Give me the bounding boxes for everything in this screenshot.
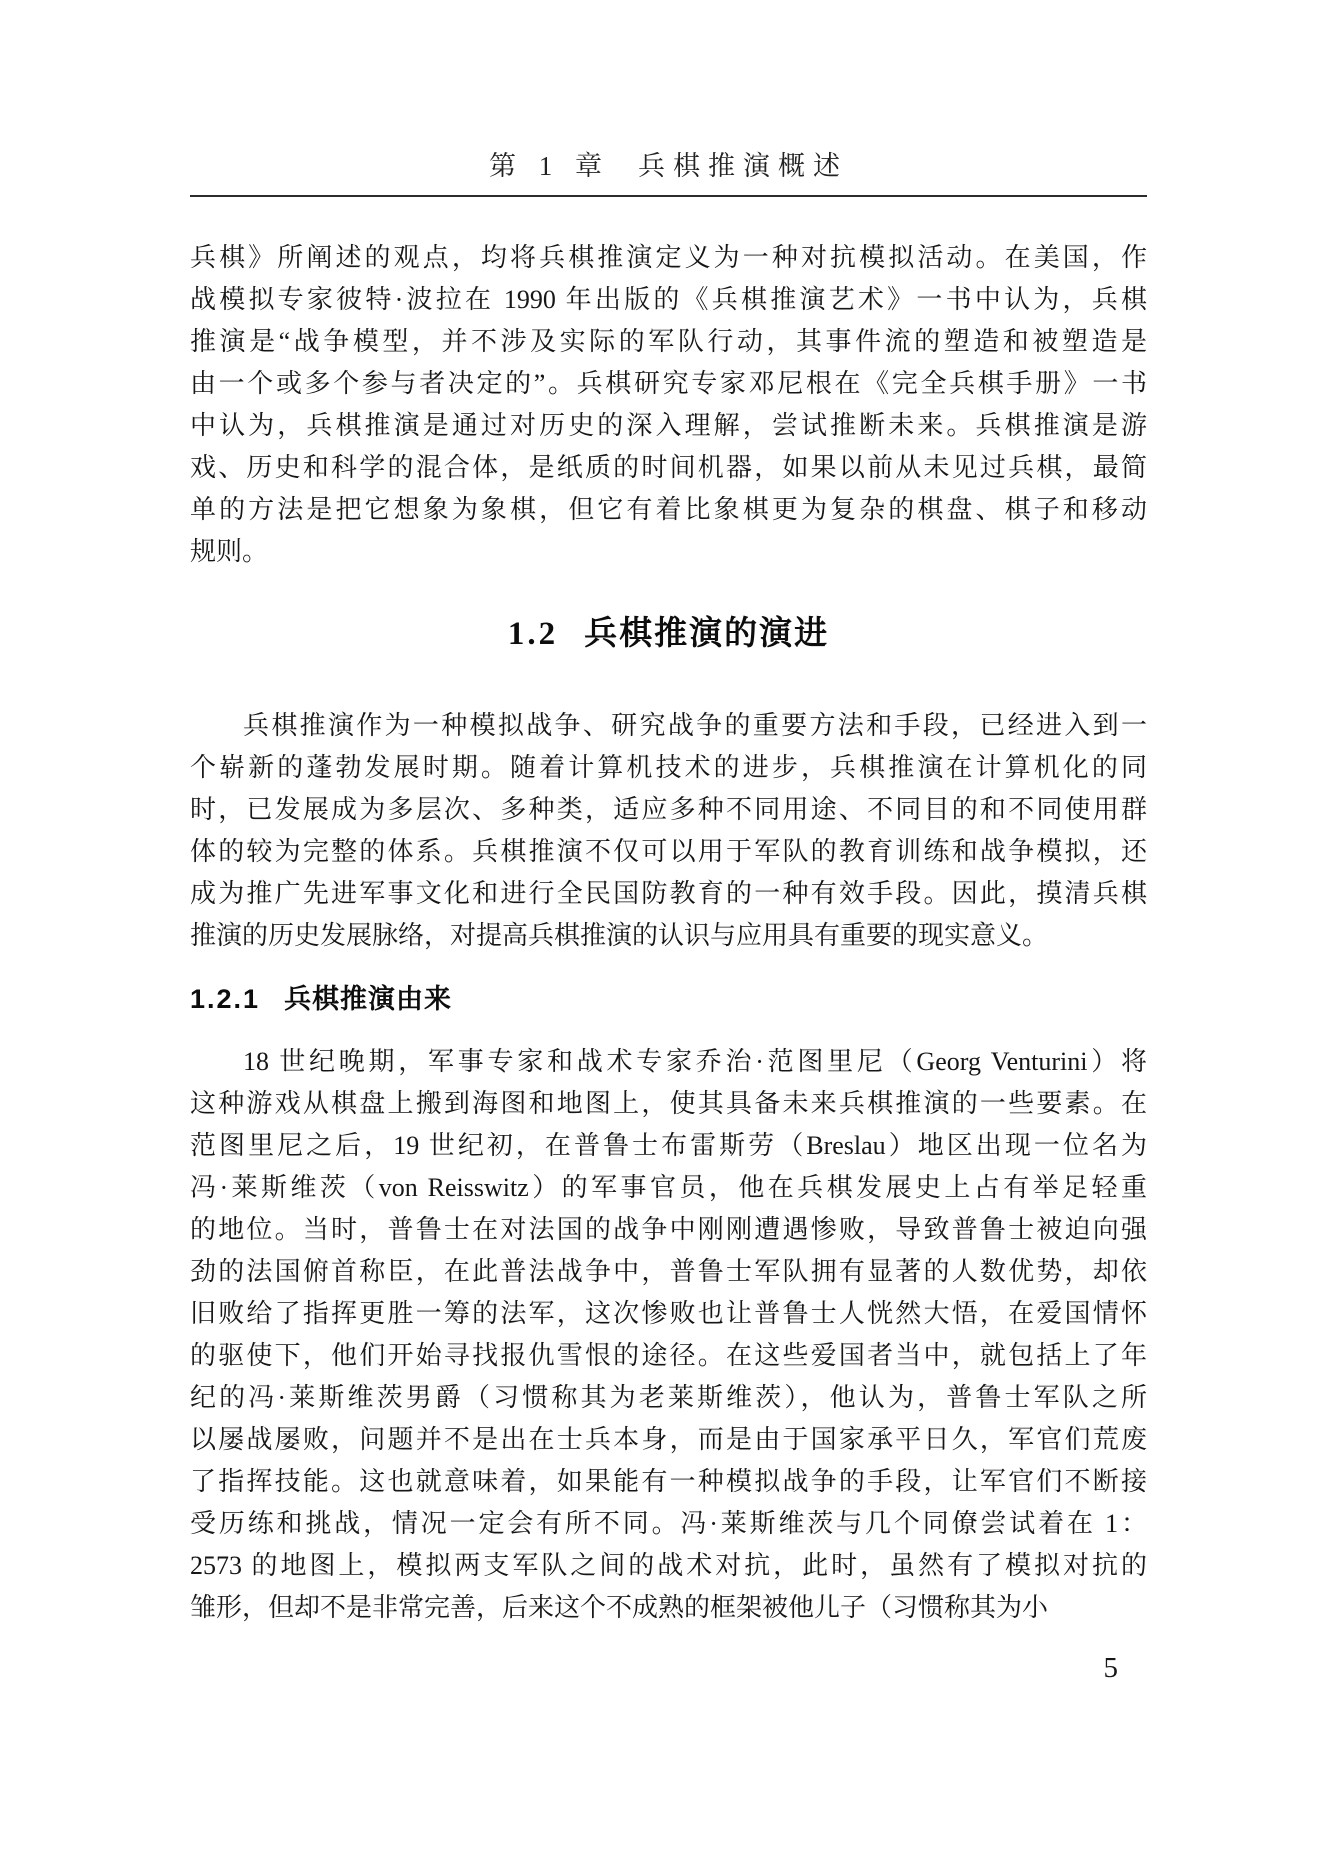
chapter-title: 兵棋推演概述 <box>638 151 848 181</box>
text-line: 戏、历史和科学的混合体，是纸质的时间机器，如果以前从未见过兵棋，最简 <box>190 447 1147 489</box>
text-line: 兵棋》所阐述的观点，均将兵棋推演定义为一种对抗模拟活动。在美国，作 <box>190 237 1147 279</box>
header-rule <box>190 195 1147 197</box>
subsection-heading-1-2-1: 1.2.1兵棋推演由来 <box>190 983 1147 1015</box>
text-column: 第 1 章兵棋推演概述 兵棋》所阐述的观点，均将兵棋推演定义为一种对抗模拟活动。… <box>190 0 1147 1629</box>
text-line: 劲的法国俯首称臣，在此普法战争中，普鲁士军队拥有显著的人数优势，却依 <box>190 1251 1147 1293</box>
heading-title: 兵棋推演的演进 <box>584 616 829 652</box>
content-blocks: 兵棋》所阐述的观点，均将兵棋推演定义为一种对抗模拟活动。在美国，作战模拟专家彼特… <box>190 237 1147 1629</box>
text-line: 的地位。当时，普鲁士在对法国的战争中刚刚遭遇惨败，导致普鲁士被迫向强 <box>190 1209 1147 1251</box>
text-line: 个崭新的蓬勃发展时期。随着计算机技术的进步，兵棋推演在计算机化的同 <box>190 747 1147 789</box>
text-line: 体的较为完整的体系。兵棋推演不仅可以用于军队的教育训练和战争模拟，还 <box>190 831 1147 873</box>
text-line: 了指挥技能。这也就意味着，如果能有一种模拟战争的手段，让军官们不断接 <box>190 1461 1147 1503</box>
paragraph-evolution-overview: 兵棋推演作为一种模拟战争、研究战争的重要方法和手段，已经进入到一个崭新的蓬勃发展… <box>190 705 1147 957</box>
text-line: 成为推广先进军事文化和进行全民国防教育的一种有效手段。因此，摸清兵棋 <box>190 873 1147 915</box>
heading-number: 1.2.1 <box>190 984 260 1014</box>
text-line: 规则。 <box>190 531 1147 573</box>
text-line: 单的方法是把它想象为象棋，但它有着比象棋更为复杂的棋盘、棋子和移动 <box>190 489 1147 531</box>
heading-number: 1.2 <box>508 616 558 652</box>
text-line: 范图里尼之后，19 世纪初，在普鲁士布雷斯劳（Breslau）地区出现一位名为 <box>190 1125 1147 1167</box>
text-line: 兵棋推演作为一种模拟战争、研究战争的重要方法和手段，已经进入到一 <box>190 705 1147 747</box>
text-line: 这种游戏从棋盘上搬到海图和地图上，使其具备未来兵棋推演的一些要素。在 <box>190 1083 1147 1125</box>
paragraph-definition-continuation: 兵棋》所阐述的观点，均将兵棋推演定义为一种对抗模拟活动。在美国，作战模拟专家彼特… <box>190 237 1147 573</box>
text-line: 2573 的地图上，模拟两支军队之间的战术对抗，此时，虽然有了模拟对抗的 <box>190 1545 1147 1587</box>
text-line: 纪的冯·莱斯维茨男爵（习惯称其为老莱斯维茨），他认为，普鲁士军队之所 <box>190 1377 1147 1419</box>
text-line: 以屡战屡败，问题并不是出在士兵本身，而是由于国家承平日久，军官们荒废 <box>190 1419 1147 1461</box>
paragraph-wargame-origin: 18 世纪晚期，军事专家和战术专家乔治·范图里尼（Georg Venturini… <box>190 1041 1147 1629</box>
text-line: 时，已发展成为多层次、多种类，适应多种不同用途、不同目的和不同使用群 <box>190 789 1147 831</box>
page-number: 5 <box>1104 1652 1119 1684</box>
chapter-number: 第 1 章 <box>489 151 610 181</box>
text-line: 旧败给了指挥更胜一筹的法军，这次惨败也让普鲁士人恍然大悟，在爱国情怀 <box>190 1293 1147 1335</box>
text-line: 战模拟专家彼特·波拉在 1990 年出版的《兵棋推演艺术》一书中认为，兵棋 <box>190 279 1147 321</box>
text-line: 冯·莱斯维茨（von Reisswitz）的军事官员，他在兵棋发展史上占有举足轻… <box>190 1167 1147 1209</box>
text-line: 中认为，兵棋推演是通过对历史的深入理解，尝试推断未来。兵棋推演是游 <box>190 405 1147 447</box>
running-head: 第 1 章兵棋推演概述 <box>190 151 1147 181</box>
book-page: 第 1 章兵棋推演概述 兵棋》所阐述的观点，均将兵棋推演定义为一种对抗模拟活动。… <box>0 0 1331 1859</box>
text-line: 雏形，但却不是非常完善，后来这个不成熟的框架被他儿子（习惯称其为小 <box>190 1587 1147 1629</box>
section-heading-1-2: 1.2兵棋推演的演进 <box>190 615 1147 653</box>
text-line: 推演的历史发展脉络，对提高兵棋推演的认识与应用具有重要的现实意义。 <box>190 915 1147 957</box>
text-line: 推演是“战争模型，并不涉及实际的军队行动，其事件流的塑造和被塑造是 <box>190 321 1147 363</box>
heading-title: 兵棋推演由来 <box>284 984 452 1014</box>
text-line: 由一个或多个参与者决定的”。兵棋研究专家邓尼根在《完全兵棋手册》一书 <box>190 363 1147 405</box>
text-line: 受历练和挑战，情况一定会有所不同。冯·莱斯维茨与几个同僚尝试着在 1： <box>190 1503 1147 1545</box>
text-line: 的驱使下，他们开始寻找报仇雪恨的途径。在这些爱国者当中，就包括上了年 <box>190 1335 1147 1377</box>
text-line: 18 世纪晚期，军事专家和战术专家乔治·范图里尼（Georg Venturini… <box>190 1041 1147 1083</box>
